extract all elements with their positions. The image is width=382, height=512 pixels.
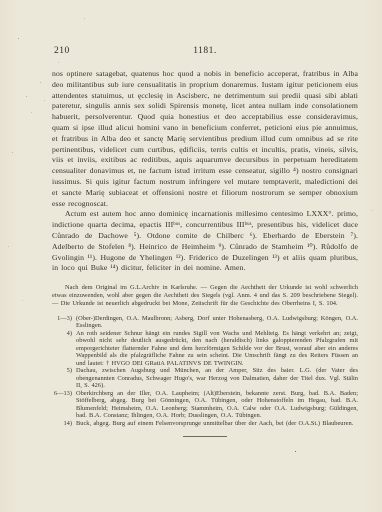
charter-paragraph-1: nos optinere satagebat, quatenus hoc quo…	[52, 69, 358, 209]
year-heading: 1181.	[193, 46, 217, 56]
footnote-label: 14)	[52, 420, 72, 428]
footnote-1-3: 1—3)(Ober-)Derdingen, O.A. Maulbronn; As…	[52, 315, 358, 330]
page-header: 210 1181.	[52, 46, 358, 58]
scanned-book-page: 210 1181. nos optinere satagebat, quaten…	[0, 0, 382, 512]
footnote-4: 4)An roth seidener Schnur hängt ein rund…	[52, 330, 358, 368]
footnote-text: Dachau, zwischen Augsburg und München, a…	[76, 367, 358, 389]
charter-body: nos optinere satagebat, quatenus hoc quo…	[52, 69, 358, 274]
page-number: 210	[54, 46, 70, 56]
footnote-label: 5)	[52, 367, 72, 375]
footnote-text: An roth seidener Schnur hängt ein rundes…	[76, 330, 358, 367]
footnote-text: Buck, abgeg. Burg auf einem Felsenvorspr…	[76, 420, 353, 427]
footnote-label: 6—13)	[52, 390, 72, 398]
source-note: Nach dem Original im G.L.Archiv in Karls…	[52, 284, 358, 308]
paper-specks	[0, 0, 1, 1]
charter-paragraph-2: Actum est autem hoc anno dominicę incarn…	[52, 209, 358, 274]
footnote-label: 1—3)	[52, 315, 72, 323]
footnote-text: (Ober-)Derdingen, O.A. Maulbronn; Asberg…	[76, 315, 358, 330]
footnotes-block: 1—3)(Ober-)Derdingen, O.A. Maulbronn; As…	[52, 315, 358, 428]
footnote-5: 5)Dachau, zwischen Augsburg und München,…	[52, 367, 358, 390]
footnote-text: Oberkirchberg an der Iller, O.A. Lauphei…	[76, 390, 358, 420]
end-divider-rule	[183, 436, 227, 437]
text-column: 210 1181. nos optinere satagebat, quaten…	[52, 46, 358, 437]
footnote-label: 4)	[52, 330, 72, 338]
footnote-6-13: 6—13)Oberkirchberg an der Iller, O.A. La…	[52, 390, 358, 420]
footnote-14: 14)Buck, abgeg. Burg auf einem Felsenvor…	[52, 420, 358, 428]
